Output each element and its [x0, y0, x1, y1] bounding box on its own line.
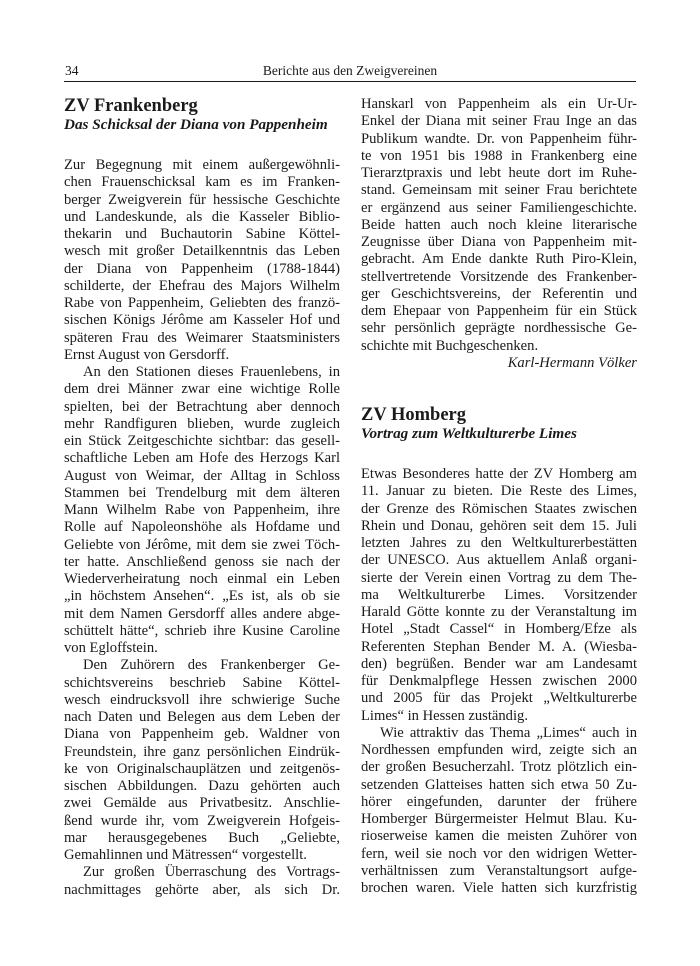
- text-line: Diana von Pappenheim geb. Waldner von: [64, 726, 340, 743]
- text-line: den) begrüßen. Bender war am Landesamt: [361, 656, 637, 673]
- text-line: für Denkmalpflege Hessen zwischen 2000: [361, 673, 637, 690]
- text-line: hörer eingefunden, darunter der frühere: [361, 794, 637, 811]
- text-line: Zur Begegnung mit einem außergewöhnli-: [64, 157, 340, 174]
- text-line: Enkel der Diana mit seiner Frau Inge an …: [361, 113, 637, 130]
- text-line: Beide hatten auch noch kleine literarisc…: [361, 217, 637, 234]
- text-line: verhältnissen zum Veranstaltungsort aufg…: [361, 863, 637, 880]
- author-byline: Karl-Hermann Völker: [361, 355, 637, 372]
- running-title: Berichte aus den Zweigvereinen: [64, 63, 636, 79]
- text-line: te von 1951 bis 1988 in Frankenberg eine: [361, 148, 637, 165]
- text-line: stellvertretende Vorsitzende des Franken…: [361, 269, 637, 286]
- article-body-frankenberg-continued: Hanskarl von Pappenheim als ein Ur-Ur- E…: [361, 96, 637, 372]
- text-line: der großen Besucherzahl. Trotz plötzlich…: [361, 759, 637, 776]
- text-line: Stammen bei Trendelburg mit dem älteren: [64, 485, 340, 502]
- text-line: zwei Gemälde aus Privatbesitz. Anschlie-: [64, 795, 340, 812]
- text-line: spielten, bei der Betrachtung aber denno…: [64, 399, 340, 416]
- text-line: Homberger Bürgermeister Helmut Blau. Ku-: [361, 811, 637, 828]
- text-line: Harald Götte konnte zu der Veranstaltung…: [361, 604, 637, 621]
- text-line: dem Ehepaar von Pappenheim für ein Stück: [361, 303, 637, 320]
- text-line: späteren Frau des Weimarer Staatsministe…: [64, 330, 340, 347]
- text-line: wesch mit großer Detailkenntnis das Lebe…: [64, 243, 340, 260]
- text-line: nach Daten und Belegen aus dem Leben der: [64, 709, 340, 726]
- text-line: An den Stationen dieses Frauenlebens, in: [64, 364, 340, 381]
- text-line: Etwas Besonderes hatte der ZV Homberg am: [361, 466, 637, 483]
- text-line: ein Stück Zeitgeschichte sichtbar: das g…: [64, 433, 340, 450]
- text-line: stand. Gemeinsam mit seiner Frau bericht…: [361, 182, 637, 199]
- text-line: Ernst August von Gersdorff.: [64, 347, 340, 364]
- text-line: 11. Januar zu bieten. Die Reste des Lime…: [361, 483, 637, 500]
- text-line: thekarin und Buchautorin Sabine Köttel-: [64, 226, 340, 243]
- text-line: mit dem Namen Gersdorff alles andere abg…: [64, 606, 340, 623]
- text-line: rioserweise kamen die meisten Zuhörer vo…: [361, 828, 637, 845]
- text-line: setzenden Glatteises hatten sich etwa 50…: [361, 777, 637, 794]
- text-line: er ergänzend aus seiner Familiengeschich…: [361, 200, 637, 217]
- text-line: Wiederverheiratung noch einmal ein Leben: [64, 571, 340, 588]
- text-line: der Grenze des Römischen Staates zwische…: [361, 501, 637, 518]
- section-subtitle-homberg: Vortrag zum Weltkulturerbe Limes: [361, 425, 637, 443]
- text-line: mehr Randfiguren blieben, wurde zugleich: [64, 416, 340, 433]
- text-line: sischen Königs Jérôme am Kasseler Hof un…: [64, 312, 340, 329]
- section-title-frankenberg: ZV Frankenberg: [64, 96, 340, 116]
- text-line: Nordhessen empfunden wird, zeigte sich a…: [361, 742, 637, 759]
- text-line: Zur großen Überraschung des Vortrags-: [64, 864, 340, 881]
- text-line: der Diana von Pappenheim (1788-1844): [64, 261, 340, 278]
- text-line: sischen Abbildungen. Dazu gehörten auch: [64, 778, 340, 795]
- text-line: ma Weltkulturerbe Limes. Vorsitzender: [361, 587, 637, 604]
- text-line: schichtsvereins beschrieb Sabine Köttel-: [64, 675, 340, 692]
- text-line: Wie attraktiv das Thema „Limes“ auch in: [361, 725, 637, 742]
- text-line: mar herausgegebenes Buch „Geliebte,: [64, 830, 340, 847]
- text-line: Gemahlinnen und Mätressen“ vorgestellt.: [64, 847, 340, 864]
- text-line: Mann Wilhelm Rabe von Pappenheim, ihre: [64, 502, 340, 519]
- article-body-homberg: Etwas Besonderes hatte der ZV Homberg am…: [361, 466, 637, 897]
- column-left: ZV Frankenberg Das Schicksal der Diana v…: [64, 96, 340, 899]
- text-line: ger Geschichtsvereins, der Referentin un…: [361, 286, 637, 303]
- text-line: Den Zuhörern des Frankenberger Ge-: [64, 657, 340, 674]
- article-body-frankenberg: Zur Begegnung mit einem außergewöhnli- c…: [64, 157, 340, 899]
- section-spacer: [361, 372, 637, 405]
- text-line: schilderte, der Ehefrau des Majors Wilhe…: [64, 278, 340, 295]
- text-line: Rhein und Donau, gehören seit dem 15. Ju…: [361, 518, 637, 535]
- text-line: Tierarztpraxis und lebt heute dort im Ru…: [361, 165, 637, 182]
- text-line: schichte mit Buchgeschenken.: [361, 338, 637, 355]
- text-line: der UNESCO. Aus aktuellem Anlaß organi-: [361, 552, 637, 569]
- text-line: chen Frauenschicksal kam es im Franken-: [64, 174, 340, 191]
- text-line: ke von Originalschauplätzen und zeitgenö…: [64, 761, 340, 778]
- text-line: und Landeskunde, als die Kasseler Biblio…: [64, 209, 340, 226]
- text-line: schaftliche Leben am Hofe des Herzogs Ka…: [64, 450, 340, 467]
- text-line: von Egloffstein.: [64, 640, 340, 657]
- text-line: Rabe von Pappenheim, Geliebten des franz…: [64, 295, 340, 312]
- text-line: Rolle auf Napoleonshöhe als Hofdame und: [64, 519, 340, 536]
- text-line: Limes“ in Hessen zuständig.: [361, 708, 637, 725]
- text-line: sierte der Verein einen Vortrag zu dem T…: [361, 570, 637, 587]
- text-line: letzten Jahres zu den Weltkulturerbestät…: [361, 535, 637, 552]
- text-line: gebracht. Am Ende dankte Ruth Piro-Klein…: [361, 251, 637, 268]
- text-line: Freundstein, ihre ganz persönlichen Eind…: [64, 744, 340, 761]
- text-line: fern, weil sie noch vor den widrigen Wet…: [361, 846, 637, 863]
- text-line: ter hatte. Anschließend genoss sie nach …: [64, 554, 340, 571]
- text-line: ßend wurde ihr, vom Zweigverein Hofgeis-: [64, 813, 340, 830]
- text-line: berger Zweigverein für hessische Geschic…: [64, 192, 340, 209]
- text-line: Zeugnisse über Diana von Pappenheim mit-: [361, 234, 637, 251]
- page-header: 34 Berichte aus den Zweigvereinen: [64, 63, 636, 81]
- text-line: Hotel „Stadt Cassel“ in Homberg/Efze als: [361, 621, 637, 638]
- text-line: „in höchstem Ansehen“. „Es ist, als ob s…: [64, 588, 340, 605]
- section-subtitle-frankenberg: Das Schicksal der Diana von Pappenheim: [64, 116, 340, 134]
- text-line: Referenten Stephan Bender M. A. (Wiesba-: [361, 639, 637, 656]
- text-line: August von Weimar, der Alltag in Schloss: [64, 468, 340, 485]
- header-rule: [64, 81, 636, 82]
- text-line: schüttelt hätte“, schrieb ihre Kusine Ca…: [64, 623, 340, 640]
- text-line: brochen waren. Viele hatten sich kurzfri…: [361, 880, 637, 897]
- text-line: dem drei Männer zwar eine wichtige Rolle: [64, 381, 340, 398]
- text-line: Hanskarl von Pappenheim als ein Ur-Ur-: [361, 96, 637, 113]
- text-line: Publikum wandte. Dr. von Pappenheim führ…: [361, 131, 637, 148]
- column-right: Hanskarl von Pappenheim als ein Ur-Ur- E…: [361, 96, 637, 897]
- text-line: und 2005 für das Projekt „Weltkulturerbe: [361, 690, 637, 707]
- section-title-homberg: ZV Homberg: [361, 405, 637, 425]
- text-line: wesch eindrucksvoll ihre schwierige Such…: [64, 692, 340, 709]
- text-line: nachmittages gehörte aber, als sich Dr.: [64, 882, 340, 899]
- text-line: Geliebte von Jérôme, mit dem sie zwei Tö…: [64, 537, 340, 554]
- text-line: sehr persönlich geprägte nordhessische G…: [361, 320, 637, 337]
